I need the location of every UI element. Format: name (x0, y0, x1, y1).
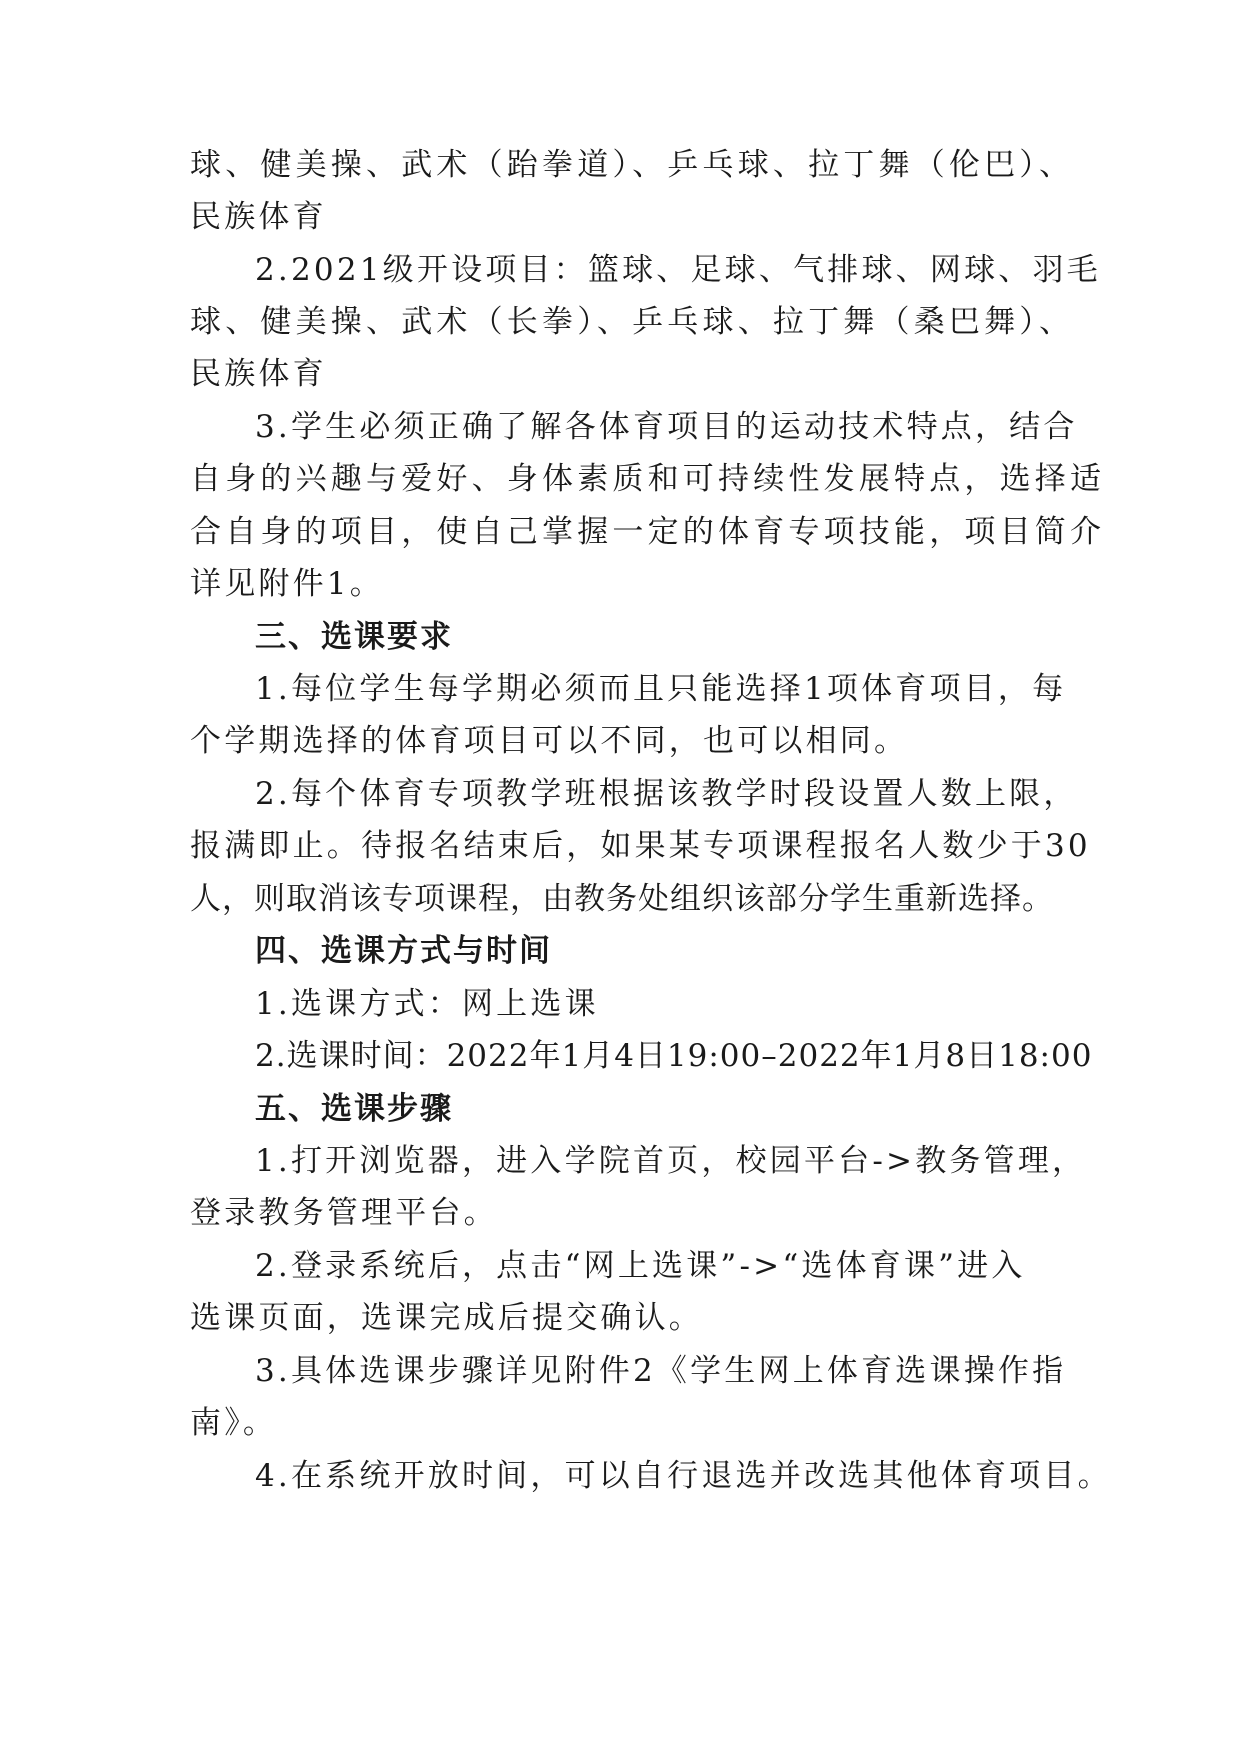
paragraph-line: 2.选课时间：2022年1月4日19:00–2022年1月8日18:00 (255, 1030, 1060, 1082)
paragraph-line: 3.具体选课步骤详见附件2《学生网上体育选课操作指 (255, 1345, 1060, 1397)
paragraph-line: 登录教务管理平台。 (190, 1187, 1060, 1239)
paragraph-line: 个学期选择的体育项目可以不同，也可以相同。 (190, 715, 1060, 767)
paragraph-line: 详见附件1。 (190, 558, 1060, 610)
section-heading: 五、选课步骤 (255, 1083, 1060, 1135)
paragraph-line: 南》。 (190, 1397, 1060, 1449)
section-heading: 四、选课方式与时间 (255, 925, 1060, 977)
paragraph-line: 4.在系统开放时间，可以自行退选并改选其他体育项目。 (255, 1450, 1060, 1502)
paragraph-line: 2.每个体育专项教学班根据该教学时段设置人数上限， (255, 768, 1060, 820)
paragraph-line: 人，则取消该专项课程，由教务处组织该部分学生重新选择。 (190, 873, 1060, 925)
paragraph-line: 自身的兴趣与爱好、身体素质和可持续性发展特点，选择适 (190, 453, 1060, 505)
paragraph-line: 3.学生必须正确了解各体育项目的运动技术特点，结合 (255, 401, 1060, 453)
paragraph-line: 球、健美操、武术（长拳）、乒乓球、拉丁舞（桑巴舞）、 (190, 296, 1060, 348)
paragraph-line: 报满即止。待报名结束后，如果某专项课程报名人数少于30 (190, 820, 1060, 872)
paragraph-line: 民族体育 (190, 191, 1060, 243)
paragraph-line: 2.登录系统后，点击“网上选课”->“选体育课”进入 (255, 1240, 1060, 1292)
paragraph-line: 2.2021级开设项目：篮球、足球、气排球、网球、羽毛 (255, 244, 1060, 296)
paragraph-line: 合自身的项目，使自己掌握一定的体育专项技能，项目简介 (190, 506, 1060, 558)
paragraph-line: 1.每位学生每学期必须而且只能选择1项体育项目，每 (255, 663, 1060, 715)
paragraph-line: 1.打开浏览器，进入学院首页，校园平台->教务管理， (255, 1135, 1060, 1187)
document-page: 球、健美操、武术（跆拳道）、乒乓球、拉丁舞（伦巴）、 民族体育 2.2021级开… (0, 0, 1240, 1753)
paragraph-line: 球、健美操、武术（跆拳道）、乒乓球、拉丁舞（伦巴）、 (190, 139, 1060, 191)
section-heading: 三、选课要求 (255, 611, 1060, 663)
paragraph-line: 选课页面，选课完成后提交确认。 (190, 1292, 1060, 1344)
paragraph-line: 民族体育 (190, 348, 1060, 400)
paragraph-line: 1.选课方式：网上选课 (255, 978, 1060, 1030)
